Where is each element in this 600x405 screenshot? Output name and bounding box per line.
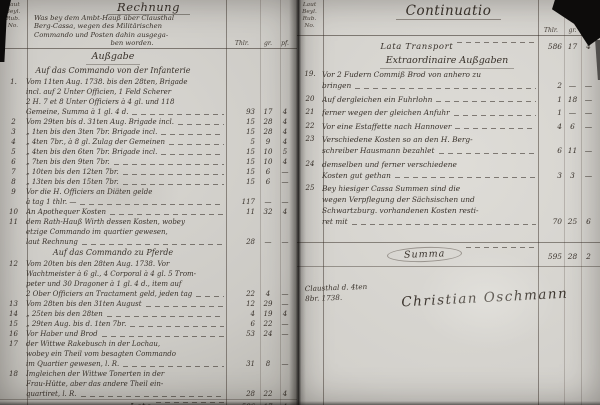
leader-dashes	[355, 88, 536, 89]
entry-text: Vor 2 Fudern Commiß Brod von anhero zu	[322, 69, 481, 80]
entry-text: ferner wegen der gleichen Anfuhr	[322, 107, 450, 118]
entry-text-line: Schwartzburg. vorhandenen Kosten resti-	[322, 205, 538, 216]
amount-pfennig: —	[581, 81, 596, 91]
amount-thaler: 117	[226, 197, 258, 207]
section-header: Auf das Commando von der Infanterie	[0, 65, 297, 77]
amount-pfennig: 6	[581, 217, 596, 227]
entry-text-line: Vom 29ten bis d. 31ten Aug. Brigade incl…	[26, 117, 226, 127]
amount-pfennig: —	[278, 359, 292, 369]
amount-thaler: 11	[226, 207, 258, 217]
entry-text-line: incl. auf 2 Unter Officien, 1 Feld Scher…	[26, 87, 226, 97]
entry-text: Imgleichen der Wittwe Tonerten in der	[26, 369, 164, 379]
amount-pfennig: —	[278, 197, 292, 207]
entry-text: Schwartzburg. vorhandenen Kosten resti-	[322, 205, 479, 216]
page-right: Laut Beyl. Rub. No. Continuatio Thlr. gr…	[297, 0, 600, 405]
entry-text: Kosten gut gethan	[322, 170, 391, 181]
entry-body: Vor eine Estaffette nach Hannover	[322, 121, 538, 132]
ledger-row: 14„ 25ten bis den 28ten4194	[0, 309, 297, 319]
page-title: Rechnung	[0, 0, 297, 14]
amount-group: 15105	[226, 147, 292, 157]
amount-group: 156—	[226, 177, 292, 187]
leader-dashes	[455, 128, 536, 129]
leader-dashes	[395, 177, 536, 178]
amount-group: 46—	[538, 122, 596, 132]
intro-line: Berg-Cassa, wegen des Militärischen	[34, 22, 230, 30]
amount-thaler: 1	[538, 108, 564, 118]
entry-text: Frau-Hütte, aber das andere Theil ein-	[26, 379, 163, 389]
amount-groschen: 24	[258, 329, 278, 339]
amount-groschen: 10	[258, 147, 278, 157]
section-header: Auf das Commando zu Pferde	[0, 247, 297, 259]
entry-text: quartiret, l. R.	[26, 389, 77, 399]
entry-text: „ 4ten bis den 6ten 7br. Brigade incl.	[26, 147, 157, 157]
amount-groschen: —	[564, 108, 581, 118]
amount-thaler: 6	[226, 319, 258, 329]
amount-group: 70256	[538, 217, 596, 227]
amount-pfennig: 4	[278, 207, 292, 217]
amount-group: 1——	[538, 108, 596, 118]
entry-text-line: Auf dergleichen ein Fuhrlohn	[322, 94, 538, 105]
row-number: 3	[1, 127, 26, 137]
entry-text: 2 Ober Officiers an Tractament geld, jed…	[26, 289, 192, 299]
entry-text: schreiber Hausmann bezahlet	[322, 145, 435, 156]
leader-dashes	[102, 336, 224, 337]
ledger-row: 5„ 4ten bis den 6ten 7br. Brigade incl.1…	[0, 147, 297, 157]
entry-text: Vor eine Estaffette nach Hannover	[322, 121, 451, 132]
entry-text-line: „ 25ten bis den 28ten	[26, 309, 226, 319]
entry-body: Auf dergleichen ein Fuhrlohn	[322, 94, 538, 105]
entry-text-line: 2 H. 7 et 8 Unter Officiers à 4 gl. und …	[26, 97, 226, 107]
amount-groschen: 6	[258, 177, 278, 187]
amount-group: 15284	[226, 117, 292, 127]
leader-dashes	[352, 224, 536, 225]
entry-text-line: laut Rechnung	[26, 237, 226, 247]
leader-dashes	[123, 174, 224, 175]
ledger-row: 16Vor Haber und Brod5324—	[0, 329, 297, 339]
amount-pfennig: —	[581, 122, 596, 132]
leader-dashes	[161, 134, 224, 135]
amount-pfennig: 4	[278, 157, 292, 167]
amount-thaler: 4	[538, 122, 564, 132]
entry-body: Vom 29ten bis d. 31ten Aug. Brigade incl…	[26, 117, 226, 127]
amount-group: 33—	[538, 171, 596, 181]
amount-groschen: 28	[258, 117, 278, 127]
date-place: Clausthal d. 4ten8br. 1738.	[305, 281, 368, 302]
row-number: 15	[1, 319, 26, 329]
amount-group: 28——	[226, 237, 292, 247]
amount-groschen: 28	[258, 127, 278, 137]
amount-group: 1229—	[226, 299, 292, 309]
entry-text: incl. auf 2 Unter Officien, 1 Feld Scher…	[26, 87, 171, 97]
amount-groschen: —	[564, 81, 581, 91]
lata-label: Lata Transport	[380, 42, 453, 52]
right-ledger-rows: Lata Transport586174Extraordinaire Außga…	[297, 37, 600, 405]
entry-text-line: peter und 30 Dragoner à 1 gl. 4 d., item…	[26, 279, 226, 289]
amount-pfennig: —	[278, 319, 292, 329]
ledger-row: 8„ 13ten bis den 15ten 7br.156—	[0, 177, 297, 187]
ledger-row: 25Bey hiesiger Cassa Summen sind diewege…	[297, 183, 600, 227]
entry-text: laut Rechnung	[26, 237, 78, 247]
entry-text-line: „ 10ten bis den 12ten 7br.	[26, 167, 226, 177]
entry-text: Bey hiesiger Cassa Summen sind die	[322, 183, 460, 194]
entry-text: ret mit	[322, 216, 348, 227]
entry-text: Vom 20ten bis den 28ten Aug. 1738. Vor	[26, 259, 169, 269]
ref-header-line: Beyl.	[297, 9, 322, 16]
ref-header-line: Rub.	[297, 16, 322, 23]
entry-text: Vom 29ten bis d. 31ten Aug. Brigade incl…	[26, 117, 174, 127]
amount-groschen: —	[258, 197, 278, 207]
amount-thaler: 15	[226, 127, 258, 137]
amount-groschen: 6	[258, 167, 278, 177]
amount-thaler: 12	[226, 299, 258, 309]
amount-pfennig: —	[278, 329, 292, 339]
amount-groschen: 9	[258, 137, 278, 147]
entry-body: Vom 28ten bis den 31ten August	[26, 299, 226, 309]
ledger-row: 19.Vor 2 Fudern Commiß Brod von anhero z…	[297, 69, 600, 91]
amount-thaler: 2	[538, 81, 564, 91]
entry-body: An Apothequer Kosten	[26, 207, 226, 217]
section-header: Extraordinaire Außgaben	[297, 54, 600, 69]
ledger-row: 24demselben und ferner verschiedeneKoste…	[297, 159, 600, 181]
amount-group: 93174	[226, 107, 292, 117]
amount-pfennig: 4	[278, 309, 292, 319]
amount-thaler: 1	[538, 95, 564, 105]
amount-pfennig: 5	[278, 147, 292, 157]
row-number: 14	[1, 309, 26, 319]
amount-groschen: 19	[258, 309, 278, 319]
leader-dashes	[107, 316, 224, 317]
row-number: 2	[1, 117, 26, 127]
entry-text-line: Vom 11ten Aug. 1738. bis den 28ten, Brig…	[26, 77, 226, 87]
amount-groschen: 18	[564, 95, 581, 105]
entry-text-line: schreiber Hausmann bezahlet	[322, 145, 538, 156]
amount-groschen: 3	[564, 171, 581, 181]
entry-text: Verschiedene Kosten so an den H. Berg-	[322, 134, 473, 145]
entry-text: im Quartier gewesen, l. R.	[26, 359, 119, 369]
amount-pfennig: 4	[278, 389, 292, 399]
row-number: 20	[298, 94, 322, 104]
entry-body: Imgleichen der Wittwe Tonerten in derFra…	[26, 369, 226, 399]
entry-body: ferner wegen der gleichen Anfuhr	[322, 107, 538, 118]
leader-dashes	[81, 396, 225, 397]
entry-body: demselben und ferner verschiedeneKosten …	[322, 159, 538, 181]
entry-text-line: „ 4ten bis den 6ten 7br. Brigade incl.	[26, 147, 226, 157]
entry-body: Bey hiesiger Cassa Summen sind diewegen …	[322, 183, 538, 227]
amount-thaler: 15	[226, 117, 258, 127]
amount-thaler: 93	[226, 107, 258, 117]
leader-dashes	[457, 42, 536, 43]
amount-group: 4194	[226, 309, 292, 319]
entry-body: „ 7ten bis den 9ten 7br.	[26, 157, 226, 167]
amount-groschen: 17	[564, 42, 581, 52]
ref-header-line: No.	[297, 23, 322, 30]
amount-groschen: 11	[564, 146, 581, 156]
entry-text: à tag 1 thlr. —	[26, 197, 76, 207]
entry-text-line: Bey hiesiger Cassa Summen sind die	[322, 183, 538, 194]
entry-text-line: 2 Ober Officiers an Tractament geld, jed…	[26, 289, 226, 299]
entry-text-line: Vor eine Estaffette nach Hannover	[322, 121, 538, 132]
ledger-row: 7„ 10ten bis den 12ten 7br.156—	[0, 167, 297, 177]
ledger-scan: Laut Beyl. Rub. No. Rechnung Was bey dem…	[0, 0, 600, 405]
amount-thaler: 3	[538, 171, 564, 181]
entry-text: „ 7ten bis den 9ten 7br.	[26, 157, 110, 167]
row-number: 13	[1, 299, 26, 309]
amount-groschen: 29	[258, 299, 278, 309]
entry-body: Vor Haber und Brod	[26, 329, 226, 339]
amount-pfennig: 4	[278, 117, 292, 127]
amount-groschen: 28	[564, 252, 581, 262]
entry-text: bringen	[322, 80, 351, 91]
money-column-header: Thlr. gr. pf.	[226, 40, 292, 47]
amount-group: 28224	[226, 389, 292, 399]
amount-groschen: 22	[258, 319, 278, 329]
entry-text: Vom 11ten Aug. 1738. bis den 28ten, Brig…	[26, 77, 188, 87]
lata-transport-row: Lata Transport586174	[297, 42, 600, 52]
amount-group: 594	[226, 137, 292, 147]
entry-body: „ 1ten bis den 3ten 7br. Brigade incl.	[26, 127, 226, 137]
amount-thaler: 28	[226, 237, 258, 247]
ledger-row: 9Vor die H. Officiers an Diäten geldeà t…	[0, 187, 297, 207]
row-number: 23	[298, 134, 322, 144]
entry-text: „ 25ten bis den 28ten	[26, 309, 103, 319]
amount-group: 117——	[226, 197, 292, 207]
entry-text-line: ferner wegen der gleichen Anfuhr	[322, 107, 538, 118]
section-header: Außgabe	[0, 50, 297, 65]
entry-text-line: der Wittwe Rakebusch in der Lochau,	[26, 339, 226, 349]
entry-text-line: Wachtmeister à 6 gl., 4 Corporal à 4 gl.…	[26, 269, 226, 279]
total-body: Lata Transport	[322, 42, 538, 52]
row-number: 1.	[1, 77, 26, 87]
amount-pfennig: —	[581, 108, 596, 118]
ledger-row: 1.Vom 11ten Aug. 1738. bis den 28ten, Br…	[0, 77, 297, 117]
intro-line: ben worden.	[34, 39, 230, 47]
leader-dashes	[82, 244, 224, 245]
row-number: 9	[1, 187, 26, 197]
amount-group: 11324	[226, 207, 292, 217]
amount-group: 118—	[538, 95, 596, 105]
entry-text-line: à tag 1 thlr. —	[26, 197, 226, 207]
section-title: Extraordinaire Außgaben	[380, 54, 515, 69]
entry-text: dem Rath-Hauß Wirth dessen Kosten, wobey	[26, 217, 185, 227]
entry-text-line: quartiret, l. R.	[26, 389, 226, 399]
amount-group: 5324—	[226, 329, 292, 339]
leader-dashes	[196, 296, 224, 297]
ledger-row: 10An Apothequer Kosten11324	[0, 207, 297, 217]
summa-row: Summa595282	[297, 242, 600, 267]
left-page-header: Laut Beyl. Rub. No. Rechnung Was bey dem…	[0, 0, 297, 49]
row-number: 4	[1, 137, 26, 147]
leader-dashes	[169, 144, 224, 145]
pfennig-header: pf.	[278, 40, 292, 47]
ref-header-line: Laut	[297, 2, 322, 9]
amount-group: 595282	[538, 252, 596, 262]
amount-thaler: 28	[226, 389, 258, 399]
row-number: 7	[1, 167, 26, 177]
row-number: 22	[298, 121, 322, 131]
entry-text-line: Kosten gut gethan	[322, 170, 538, 181]
leader-dashes	[439, 153, 536, 154]
entry-text: „ 1ten bis den 3ten 7br. Brigade incl.	[26, 127, 157, 137]
section-title: Auf das Commando von der Infanterie	[36, 65, 191, 77]
amount-groschen: 22	[258, 389, 278, 399]
total-body: Summa	[322, 247, 538, 262]
entry-text: „ 4ten 7br., à 8 gl. Zulag der Gemeinen	[26, 137, 165, 147]
leader-dashes	[123, 184, 224, 185]
page-left: Laut Beyl. Rub. No. Rechnung Was bey dem…	[0, 0, 297, 405]
entry-body: „ 13ten bis den 15ten 7br.	[26, 177, 226, 187]
row-number: 6	[1, 157, 26, 167]
row-number: 12	[1, 259, 26, 269]
entry-body: der Wittwe Rakebusch in der Lochau,wobey…	[26, 339, 226, 369]
entry-text-line: „ 7ten bis den 9ten 7br.	[26, 157, 226, 167]
leader-dashes	[454, 115, 536, 116]
amount-pfennig: 4	[278, 137, 292, 147]
entry-text-line: Vor 2 Fudern Commiß Brod von anhero zu	[322, 69, 538, 80]
entry-text: „ 13ten bis den 15ten 7br.	[26, 177, 119, 187]
amount-group: 611—	[538, 146, 596, 156]
entry-text-line: Vom 28ten bis den 31ten August	[26, 299, 226, 309]
amount-group: 15284	[226, 127, 292, 137]
entry-text: wobey ein Theil vom besagten Commando	[26, 349, 176, 359]
amount-group: 318—	[226, 359, 292, 369]
ledger-row: 15„ 29ten Aug. bis d. 1ten 7br.622—	[0, 319, 297, 329]
amount-groschen: 6	[564, 122, 581, 132]
entry-body: „ 10ten bis den 12ten 7br.	[26, 167, 226, 177]
thaler-header: Thlr.	[226, 40, 258, 47]
ledger-row: 23Verschiedene Kosten so an den H. Berg-…	[297, 134, 600, 156]
amount-thaler: 5	[226, 137, 258, 147]
entry-text-line: „ 1ten bis den 3ten 7br. Brigade incl.	[26, 127, 226, 137]
entry-body: „ 25ten bis den 28ten	[26, 309, 226, 319]
leader-dashes	[80, 204, 224, 205]
entry-text-line: „ 13ten bis den 15ten 7br.	[26, 177, 226, 187]
entry-text: wegen Verpflegung der Sächsischen und	[322, 194, 475, 205]
groschen-header: gr.	[258, 40, 278, 47]
entry-text-line: Gemeine, Summa à 1 gl. 4 d.	[26, 107, 226, 117]
leader-dashes	[132, 114, 224, 115]
section-title: Außgabe	[86, 50, 141, 65]
row-number: 24	[298, 159, 322, 169]
date-line: Clausthal d. 4ten	[305, 281, 368, 293]
amount-pfennig: 4	[278, 107, 292, 117]
entry-body: Vor 2 Fudern Commiß Brod von anhero zubr…	[322, 69, 538, 91]
leader-dashes	[178, 124, 224, 125]
amount-group: 622—	[226, 319, 292, 329]
entry-text-line: etzige Commando im quartier gewesen,	[26, 227, 226, 237]
entry-text-line: Imgleichen der Wittwe Tonerten in der	[26, 369, 226, 379]
entry-body: „ 29ten Aug. bis d. 1ten 7br.	[26, 319, 226, 329]
ledger-row: 4„ 4ten 7br., à 8 gl. Zulag der Gemeinen…	[0, 137, 297, 147]
entry-text-line: „ 29ten Aug. bis d. 1ten 7br.	[26, 319, 226, 329]
entry-body: „ 4ten 7br., à 8 gl. Zulag der Gemeinen	[26, 137, 226, 147]
leader-dashes	[146, 306, 224, 307]
entry-text: Vom 28ten bis den 31ten August	[26, 299, 142, 309]
amount-thaler: 15	[226, 177, 258, 187]
row-number: 21	[298, 107, 322, 117]
entry-text-line: im Quartier gewesen, l. R.	[26, 359, 226, 369]
amount-pfennig: —	[278, 289, 292, 299]
amount-thaler: 6	[538, 146, 564, 156]
entry-text: Gemeine, Summa à 1 gl. 4 d.	[26, 107, 128, 117]
entry-text: peter und 30 Dragoner à 1 gl. 4 d., item…	[26, 279, 181, 289]
entry-text-line: bringen	[322, 80, 538, 91]
amount-groschen: 8	[258, 359, 278, 369]
amount-groschen: 25	[564, 217, 581, 227]
ledger-row: 6„ 7ten bis den 9ten 7br.15104	[0, 157, 297, 167]
row-number: 17	[1, 339, 26, 349]
leader-dashes	[466, 247, 536, 248]
leader-dashes	[114, 164, 224, 165]
leader-dashes	[161, 154, 224, 155]
amount-groschen: 17	[258, 107, 278, 117]
ledger-row: 11dem Rath-Hauß Wirth dessen Kosten, wob…	[0, 217, 297, 247]
entry-text: „ 10ten bis den 12ten 7br.	[26, 167, 119, 177]
amount-pfennig: —	[278, 299, 292, 309]
entry-text: der Wittwe Rakebusch in der Lochau,	[26, 339, 160, 349]
ledger-row: 20Auf dergleichen ein Fuhrlohn118—	[297, 94, 600, 105]
entry-text: etzige Commando im quartier gewesen,	[26, 227, 168, 237]
row-number: 8	[1, 177, 26, 187]
entry-body: dem Rath-Hauß Wirth dessen Kosten, wobey…	[26, 217, 226, 247]
ledger-row: 17der Wittwe Rakebusch in der Lochau,wob…	[0, 339, 297, 369]
entry-text-line: wegen Verpflegung der Sächsischen und	[322, 194, 538, 205]
left-ledger-rows: AußgabeAuf das Commando von der Infanter…	[0, 50, 297, 405]
row-number: 18	[1, 369, 26, 379]
thaler-header: Thlr.	[538, 27, 564, 34]
amount-pfennig: 4	[278, 127, 292, 137]
amount-thaler: 31	[226, 359, 258, 369]
certification-footer: Clausthal d. 4ten8br. 1738.Christian Osc…	[297, 283, 600, 302]
row-number: 5	[1, 147, 26, 157]
amount-pfennig: —	[581, 95, 596, 105]
entry-text: Wachtmeister à 6 gl., 4 Corporal à 4 gl.…	[26, 269, 196, 279]
amount-thaler: 4	[226, 309, 258, 319]
row-number: 11	[1, 217, 26, 227]
rechnung-intro: Was bey dem Ambt-Hauß über Clausthal Ber…	[34, 14, 230, 48]
entry-body: „ 4ten bis den 6ten 7br. Brigade incl.	[26, 147, 226, 157]
leader-dashes	[110, 214, 224, 215]
amount-thaler: 595	[538, 252, 564, 262]
entry-body: Vom 20ten bis den 28ten Aug. 1738. VorWa…	[26, 259, 226, 299]
amount-groschen: 32	[258, 207, 278, 217]
entry-body: Verschiedene Kosten so an den H. Berg-sc…	[322, 134, 538, 156]
summa-label: Summa	[387, 245, 463, 263]
entry-text-line: Frau-Hütte, aber das andere Theil ein-	[26, 379, 226, 389]
amount-group: 156—	[226, 167, 292, 177]
amount-groschen: 4	[258, 289, 278, 299]
entry-text: „ 29ten Aug. bis d. 1ten 7br.	[26, 319, 126, 329]
amount-thaler: 15	[226, 147, 258, 157]
amount-group: 2——	[538, 81, 596, 91]
amount-pfennig: 2	[581, 252, 596, 262]
entry-text-line: „ 4ten 7br., à 8 gl. Zulag der Gemeinen	[26, 137, 226, 147]
amount-pfennig: —	[278, 167, 292, 177]
entry-text-line: ret mit	[322, 216, 538, 227]
amount-thaler: 70	[538, 217, 564, 227]
ledger-row: 21ferner wegen der gleichen Anfuhr1——	[297, 107, 600, 118]
entry-text: demselben und ferner verschiedene	[322, 159, 457, 170]
entry-text: Auf dergleichen ein Fuhrlohn	[322, 94, 432, 105]
entry-text: Vor die H. Officiers an Diäten gelde	[26, 187, 152, 197]
ledger-row: 3„ 1ten bis den 3ten 7br. Brigade incl.1…	[0, 127, 297, 137]
amount-pfennig: —	[278, 177, 292, 187]
row-number: 16	[1, 329, 26, 339]
entry-text-line: An Apothequer Kosten	[26, 207, 226, 217]
entry-text-line: dem Rath-Hauß Wirth dessen Kosten, wobey	[26, 217, 226, 227]
row-number: 10	[1, 207, 26, 217]
amount-groschen: 10	[258, 157, 278, 167]
ledger-row: 22Vor eine Estaffette nach Hannover46—	[297, 121, 600, 132]
